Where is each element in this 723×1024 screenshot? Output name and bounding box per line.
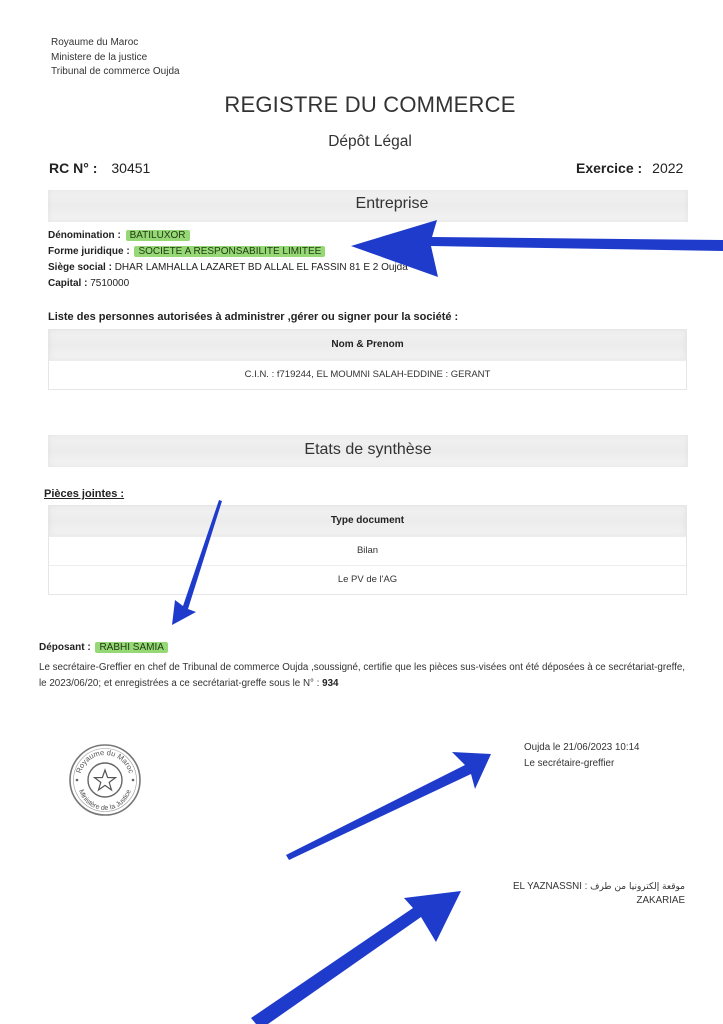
issuer-header: Royaume du Maroc Ministere de la justice…	[51, 36, 180, 80]
field-capital: Capital : 7510000	[48, 276, 408, 292]
electronic-signature: EL YAZNASSNI : موقعة إلكترونيا من طرف ZA…	[470, 880, 685, 907]
capital-value: 7510000	[90, 278, 129, 289]
entreprise-fields: Dénomination : BATILUXOR Forme juridique…	[48, 228, 408, 292]
signer-name-part2: ZAKARIAE	[470, 894, 685, 907]
document-title: REGISTRE DU COMMERCE	[0, 92, 723, 118]
signatory-role: Le secrétaire-greffier	[524, 756, 639, 772]
arrow-up-right-icon	[286, 752, 491, 860]
pieces-jointes-label: Pièces jointes :	[44, 488, 124, 500]
certification-text: Le secrétaire-Greffier en chef de Tribun…	[39, 660, 689, 692]
etats-title: Etats de synthèse	[48, 441, 688, 459]
personnes-table: Nom & Prenom C.I.N. : f719244, EL MOUMNI…	[48, 329, 687, 390]
deposant-label: Déposant :	[39, 642, 91, 653]
siege-social-value: DHAR LAMHALLA LAZARET BD ALLAL EL FASSIN…	[115, 262, 408, 273]
forme-juridique-label: Forme juridique :	[48, 246, 130, 257]
denomination-value: BATILUXOR	[126, 230, 190, 241]
star-icon	[95, 770, 116, 790]
field-forme-juridique: Forme juridique : SOCIETE A RESPONSABILI…	[48, 244, 408, 260]
signer-name-part1: EL YAZNASSNI :	[513, 881, 587, 892]
entreprise-title: Entreprise	[96, 195, 688, 213]
personnes-column-header: Nom & Prenom	[49, 330, 686, 360]
rc-number: RC N° :30451	[49, 160, 150, 176]
table-row: C.I.N. : f719244, EL MOUMNI SALAH-EDDINE…	[49, 360, 686, 389]
official-stamp: Royaume du Maroc Ministère de la Justice	[68, 743, 142, 817]
deposant: Déposant : RABHI SAMIA	[39, 642, 168, 653]
place-date: Oujda le 21/06/2023 10:14	[524, 740, 639, 756]
certification-body: Le secrétaire-Greffier en chef de Tribun…	[39, 662, 685, 689]
exercice-value: 2022	[652, 160, 683, 176]
personnes-title: Liste des personnes autorisées à adminis…	[48, 311, 458, 323]
exercice: Exercice :2022	[576, 160, 683, 176]
entreprise-section-header: Entreprise	[48, 190, 688, 222]
header-line-ministry: Ministere de la justice	[51, 51, 180, 66]
exercice-label: Exercice :	[576, 160, 642, 176]
registration-number: 934	[322, 678, 338, 689]
document-subtitle: Dépôt Légal	[0, 133, 723, 151]
siege-social-label: Siège social :	[48, 262, 112, 273]
place-date-block: Oujda le 21/06/2023 10:14 Le secrétaire-…	[524, 740, 639, 772]
header-line-kingdom: Royaume du Maroc	[51, 36, 180, 51]
denomination-label: Dénomination :	[48, 230, 121, 241]
header-line-tribunal: Tribunal de commerce Oujda	[51, 65, 180, 80]
rc-label: RC N° :	[49, 160, 97, 176]
rc-value: 30451	[111, 160, 150, 176]
deposant-value: RABHI SAMIA	[95, 642, 167, 653]
table-row: Bilan	[49, 536, 686, 565]
pieces-column-header: Type document	[49, 506, 686, 536]
field-denomination: Dénomination : BATILUXOR	[48, 228, 408, 244]
capital-label: Capital :	[48, 278, 87, 289]
pieces-table: Type document Bilan Le PV de l'AG	[48, 505, 687, 595]
field-siege-social: Siège social : DHAR LAMHALLA LAZARET BD …	[48, 260, 408, 276]
forme-juridique-value: SOCIETE A RESPONSABILITE LIMITEE	[134, 246, 325, 257]
arrow-up-right-large-icon	[251, 891, 461, 1024]
table-row: Le PV de l'AG	[49, 565, 686, 594]
etats-section-header: Etats de synthèse	[48, 435, 688, 467]
signed-by-arabic: موقعة إلكترونيا من طرف	[590, 882, 685, 892]
